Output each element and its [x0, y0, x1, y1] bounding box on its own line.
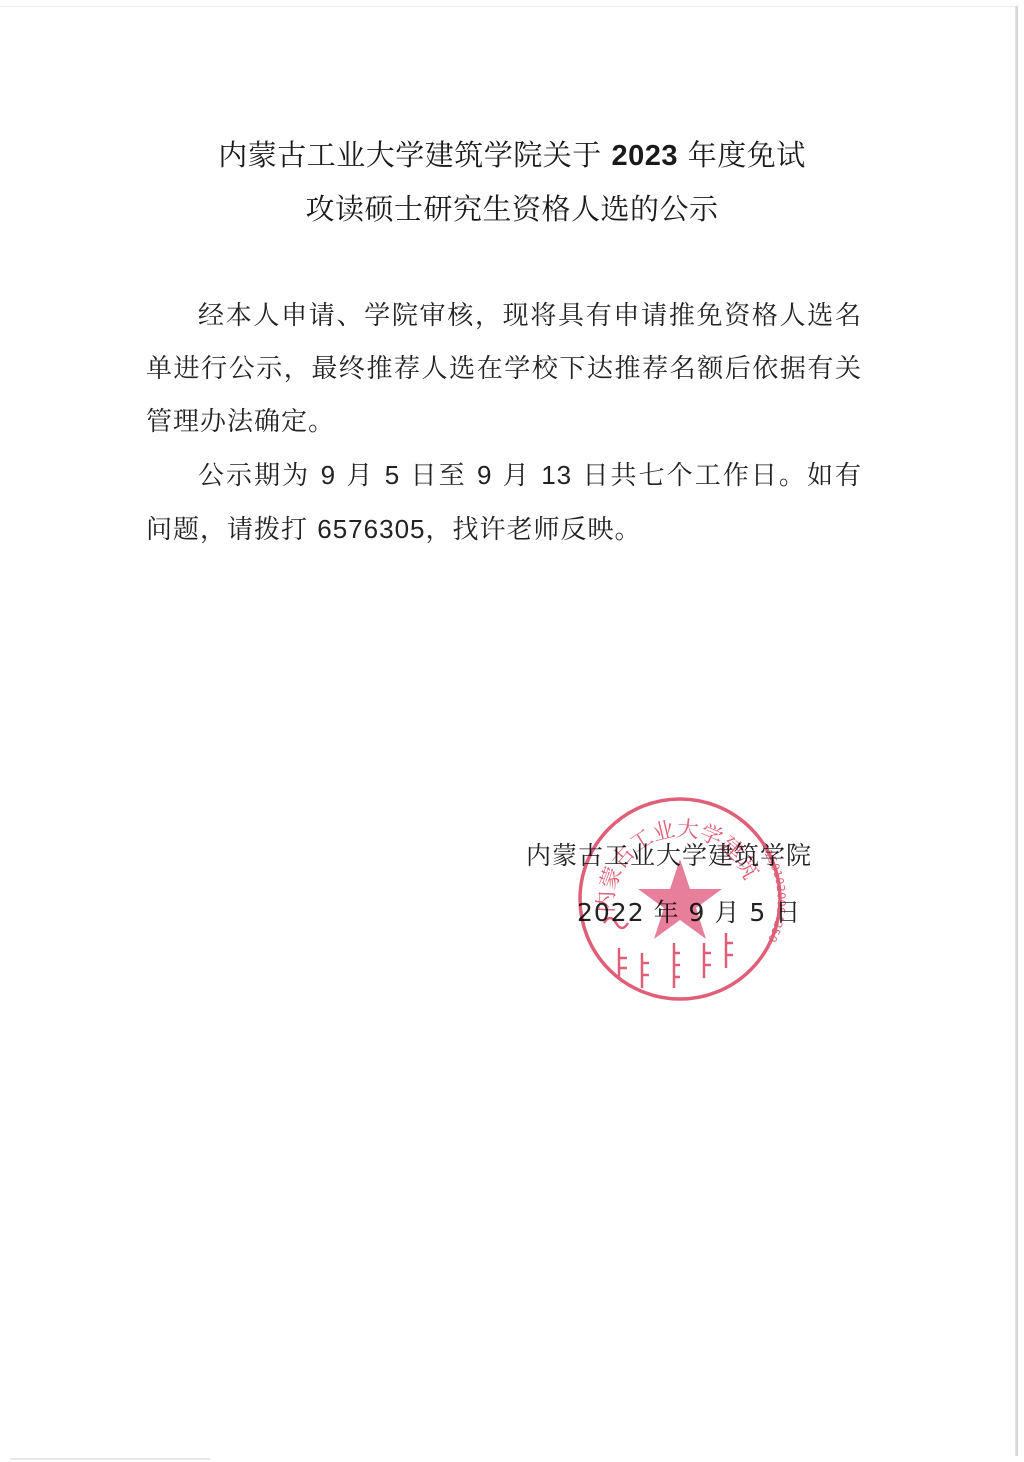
text-segment: 月: [492, 461, 541, 491]
document-title-line-2: 攻读硕士研究生资格人选的公示: [0, 187, 1024, 228]
title-prefix: 内蒙古工业大学建筑学院关于: [218, 138, 602, 172]
paragraph-review-notice: 经本人申请、学院审核，现将具有申请推免资格人选名单进行公示，最终推荐人选在学校下…: [146, 290, 862, 449]
paragraph-publicity-period: 公示期为 9 月 5 日至 9 月 13 日共七个工作日。如有问题，请拨打 65…: [146, 449, 862, 557]
text-segment: 月: [336, 461, 385, 491]
title-year: 2023: [611, 140, 678, 172]
signature-organization: 内蒙古工业大学建筑学院: [526, 836, 812, 872]
end-day: 13: [541, 460, 572, 490]
document-title-line-1: 内蒙古工业大学建筑学院关于 2023 年度免试: [0, 133, 1024, 174]
page-edge-bottom: [10, 1458, 210, 1460]
start-month: 9: [321, 460, 336, 490]
signature-date: 2022 年 9 月 5 日: [577, 893, 801, 929]
start-day: 5: [385, 460, 400, 490]
end-month: 9: [477, 460, 492, 490]
title-suffix: 年度免试: [688, 138, 806, 172]
text-segment: 日至: [400, 461, 477, 491]
page-edge-top: [0, 6, 1018, 7]
text-segment: ，找许老师反映。: [426, 515, 642, 545]
contact-phone: 6576305: [317, 514, 425, 544]
text-segment: 公示期为: [198, 461, 321, 491]
